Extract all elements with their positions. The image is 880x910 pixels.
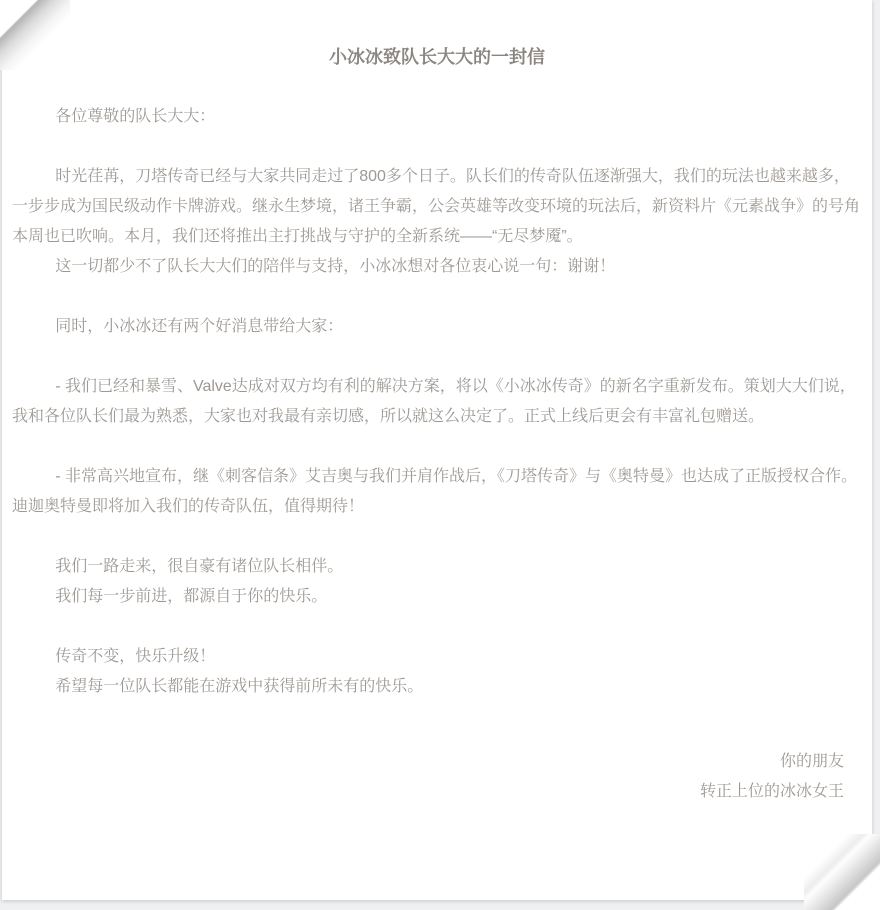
paragraph-intro: 时光荏苒，刀塔传奇已经与大家共同走过了800多个日子。队长们的传奇队伍逐渐强大，…: [12, 162, 862, 282]
paragraph-journey: 我们一路走来，很自豪有诸位队长相伴。 我们每一步前进，都源自于你的快乐。: [12, 552, 862, 612]
signature-name: 转正上位的冰冰女王: [12, 777, 844, 807]
letter-title: 小冰冰致队长大大的一封信: [12, 42, 862, 72]
paragraph-ultraman: - 非常高兴地宣布，继《刺客信条》艾吉奥与我们并肩作战后，《刀塔传奇》与《奥特曼…: [12, 462, 862, 522]
page-curl-top-left: [0, 0, 70, 70]
paragraph-news-lead: 同时，小冰冰还有两个好消息带给大家：: [12, 312, 862, 342]
greeting-line: 各位尊敬的队长大大：: [12, 102, 862, 132]
paragraph-news-2: - 非常高兴地宣布，继《刺客信条》艾吉奥与我们并肩作战后，《刀塔传奇》与《奥特曼…: [12, 462, 862, 522]
signature-friend: 你的朋友: [12, 747, 844, 777]
paragraph-journey-line2: 我们每一步前进，都源自于你的快乐。: [12, 582, 862, 612]
paragraph-history: 时光荏苒，刀塔传奇已经与大家共同走过了800多个日子。队长们的传奇队伍逐渐强大，…: [12, 162, 862, 252]
paragraph-wish: 传奇不变，快乐升级！ 希望每一位队长都能在游戏中获得前所未有的快乐。: [12, 642, 862, 702]
paragraph-thanks: 这一切都少不了队长大大们的陪伴与支持，小冰冰想对各位衷心说一句：谢谢！: [12, 252, 862, 282]
page-curl-bottom-right: [804, 834, 880, 910]
paragraph-two-news: 同时，小冰冰还有两个好消息带给大家：: [12, 312, 862, 342]
paragraph-journey-line1: 我们一路走来，很自豪有诸位队长相伴。: [12, 552, 862, 582]
paragraph-news-1: - 我们已经和暴雪、Valve达成对双方均有利的解决方案，将以《小冰冰传奇》的新…: [12, 372, 862, 432]
paragraph-wish-line2: 希望每一位队长都能在游戏中获得前所未有的快乐。: [12, 672, 862, 702]
signature-block: 你的朋友 转正上位的冰冰女王: [12, 747, 862, 807]
paragraph-rename: - 我们已经和暴雪、Valve达成对双方均有利的解决方案，将以《小冰冰传奇》的新…: [12, 372, 862, 432]
letter-content: 小冰冰致队长大大的一封信 各位尊敬的队长大大： 时光荏苒，刀塔传奇已经与大家共同…: [2, 0, 872, 900]
letter-page: 小冰冰致队长大大的一封信 各位尊敬的队长大大： 时光荏苒，刀塔传奇已经与大家共同…: [0, 0, 880, 910]
paragraph-wish-line1: 传奇不变，快乐升级！: [12, 642, 862, 672]
greeting-block: 各位尊敬的队长大大：: [12, 102, 862, 132]
